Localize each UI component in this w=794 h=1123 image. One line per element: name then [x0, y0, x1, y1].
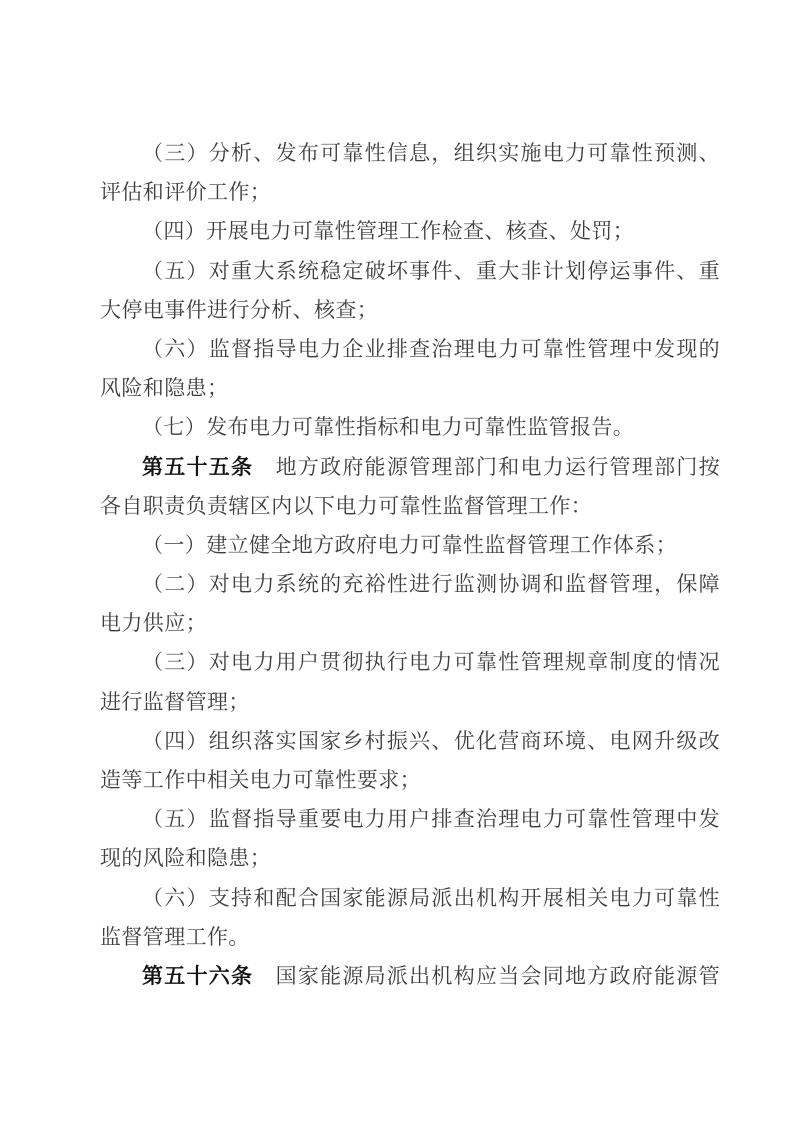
text-line: （三）对电力用户贯彻执行电力可靠性管理规章制度的情况 — [100, 643, 720, 682]
text-line: 评估和评价工作； — [100, 173, 720, 212]
text-line: （七）发布电力可靠性指标和电力可靠性监管报告。 — [100, 408, 720, 447]
text-line: （六）支持和配合国家能源局派出机构开展相关电力可靠性 — [100, 879, 720, 918]
line-text: 现的风险和隐患； — [100, 846, 271, 870]
text-line: （三）分析、发布可靠性信息，组织实施电力可靠性预测、 — [100, 134, 720, 173]
document-page: （三）分析、发布可靠性信息，组织实施电力可靠性预测、 评估和评价工作； （四）开… — [0, 0, 794, 1123]
document-text-block: （三）分析、发布可靠性信息，组织实施电力可靠性预测、 评估和评价工作； （四）开… — [100, 134, 720, 996]
text-line: 进行监督管理； — [100, 683, 720, 722]
line-text: （一）建立健全地方政府电力可靠性监督管理工作体系； — [142, 533, 677, 557]
line-text: 大停电事件进行分析、核查； — [100, 298, 378, 322]
text-line: （六）监督指导电力企业排查治理电力可靠性管理中发现的 — [100, 330, 720, 369]
article-number-55: 第五十五条 — [142, 455, 253, 479]
text-line: 第五十六条 国家能源局派出机构应当会同地方政府能源管 — [100, 957, 720, 996]
line-text: （七）发布电力可靠性指标和电力可靠性监管报告。 — [142, 415, 634, 439]
line-text: 进行监督管理； — [100, 690, 250, 714]
text-line: （一）建立健全地方政府电力可靠性监督管理工作体系； — [100, 526, 720, 565]
text-line: 各自职责负责辖区内以下电力可靠性监督管理工作： — [100, 487, 720, 526]
text-line: （五）对重大系统稳定破坏事件、重大非计划停运事件、重 — [100, 252, 720, 291]
line-text: 地方政府能源管理部门和电力运行管理部门按 — [253, 455, 720, 479]
text-line: 大停电事件进行分析、核查； — [100, 291, 720, 330]
line-text: （四）组织落实国家乡村振兴、优化营商环境、电网升级改 — [142, 729, 720, 753]
text-line: 造等工作中相关电力可靠性要求； — [100, 761, 720, 800]
text-line: 现的风险和隐患； — [100, 839, 720, 878]
line-text: 评估和评价工作； — [100, 180, 271, 204]
line-text: 各自职责负责辖区内以下电力可靠性监督管理工作： — [100, 494, 592, 518]
line-text: （五）监督指导重要电力用户排查治理电力可靠性管理中发 — [142, 807, 720, 831]
line-text: 风险和隐患； — [100, 376, 228, 400]
text-line: 第五十五条 地方政府能源管理部门和电力运行管理部门按 — [100, 448, 720, 487]
text-line: （四）组织落实国家乡村振兴、优化营商环境、电网升级改 — [100, 722, 720, 761]
line-text: 监督管理工作。 — [100, 925, 250, 949]
line-text: （四）开展电力可靠性管理工作检查、核查、处罚； — [142, 219, 634, 243]
line-text: （六）监督指导电力企业排查治理电力可靠性管理中发现的 — [142, 337, 720, 361]
line-text: （三）分析、发布可靠性信息，组织实施电力可靠性预测、 — [142, 141, 720, 165]
line-text: （六）支持和配合国家能源局派出机构开展相关电力可靠性 — [142, 886, 720, 910]
line-text: （五）对重大系统稳定破坏事件、重大非计划停运事件、重 — [142, 259, 720, 283]
line-text: 国家能源局派出机构应当会同地方政府能源管 — [253, 964, 720, 988]
text-line: （五）监督指导重要电力用户排查治理电力可靠性管理中发 — [100, 800, 720, 839]
text-line: 监督管理工作。 — [100, 918, 720, 957]
line-text: （三）对电力用户贯彻执行电力可靠性管理规章制度的情况 — [142, 650, 720, 674]
line-text: （二）对电力系统的充裕性进行监测协调和监督管理，保障 — [142, 572, 720, 596]
text-line: 风险和隐患； — [100, 369, 720, 408]
article-number-56: 第五十六条 — [142, 964, 253, 988]
text-line: （二）对电力系统的充裕性进行监测协调和监督管理，保障 — [100, 565, 720, 604]
text-line: 电力供应； — [100, 604, 720, 643]
text-line: （四）开展电力可靠性管理工作检查、核查、处罚； — [100, 212, 720, 251]
line-text: 造等工作中相关电力可靠性要求； — [100, 768, 421, 792]
line-text: 电力供应； — [100, 611, 207, 635]
